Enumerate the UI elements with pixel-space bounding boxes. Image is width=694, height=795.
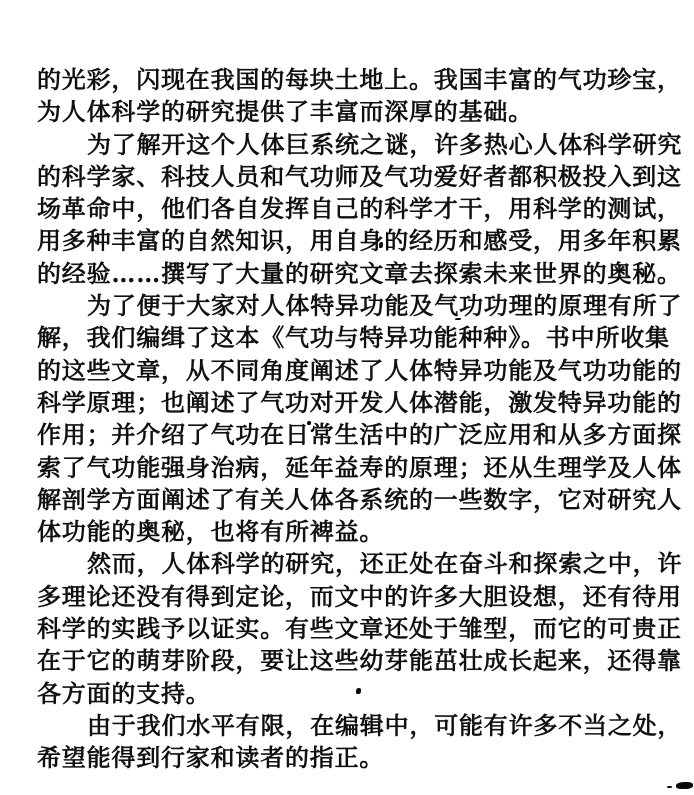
text-line-13: 索了气功能强身治病，延年益寿的原理；还从生理学及人体 <box>37 452 662 484</box>
text-line-4: 的科学家、科技人员和气功师及气功爱好者都积极投入到这 <box>37 161 662 193</box>
text-line-21: 由于我们水平有限，在编辑中，可能有许多不当之处， <box>37 710 662 742</box>
text-line-22: 希望能得到行家和读者的指正。 <box>37 742 662 774</box>
text-line-18: 科学的实践予以证实。有些文章还处于雏型，而它的可贵正 <box>37 613 662 645</box>
ink-speck-right-margin <box>664 396 668 399</box>
ink-speck-line8 <box>455 318 461 320</box>
text-line-12: 作用；并介绍了气功在日常生活中的广泛应用和从多方面探 <box>37 419 662 451</box>
text-line-2: 为人体科学的研究提供了丰富而深厚的基础。 <box>37 96 662 128</box>
text-line-14: 解剖学方面阐述了有关人体各系统的一些数字，它对研究人 <box>37 484 662 516</box>
text-line-9: 解，我们编缉了这本《气功与特异功能种种》。书中所收集 <box>37 322 662 354</box>
text-line-19: 在于它的萌芽阶段，要让这些幼芽能茁壮成长起来，还得靠 <box>37 645 662 677</box>
ink-speck-line6 <box>379 242 383 248</box>
page-text: 的光彩，闪现在我国的每块土地上。我国丰富的气功珍宝，为人体科学的研究提供了丰富而… <box>37 64 662 775</box>
text-line-7: 的经验……撰写了大量的研究文章去探索未来世界的奥秘。 <box>37 258 662 290</box>
text-line-17: 多理论还没有得到定论，而文中的许多大胆设想，还有待用 <box>37 581 662 613</box>
text-line-10: 的这些文章，从不同角度阐述了人体特异功能及气功功能的 <box>37 355 662 387</box>
text-line-5: 场革命中，他们各自发挥自己的科学才干，用科学的测试， <box>37 193 662 225</box>
scanned-page: 的光彩，闪现在我国的每块土地上。我国丰富的气功珍宝，为人体科学的研究提供了丰富而… <box>0 0 694 795</box>
text-line-1: 的光彩，闪现在我国的每块土地上。我国丰富的气功珍宝， <box>37 64 662 96</box>
ink-speck-line19 <box>356 688 361 694</box>
ink-speck-line12 <box>307 421 311 425</box>
text-line-3: 为了解开这个人体巨系统之谜，许多热心人体科学研究 <box>37 129 662 161</box>
ink-dash-bottom-right <box>667 786 672 788</box>
text-line-6: 用多种丰富的自然知识，用自身的经历和感受，用多年积累 <box>37 225 662 257</box>
text-line-16: 然而，人体科学的研究，还正处在奋斗和探索之中，许 <box>37 548 662 580</box>
text-line-11: 科学原理；也阐述了气功对开发人体潜能，激发特异功能的 <box>37 387 662 419</box>
text-line-15: 体功能的奥秘，也将有所裨益。 <box>37 516 662 548</box>
text-line-20: 各方面的支持。 <box>37 678 662 710</box>
ink-smudge-bottom-right <box>676 782 693 789</box>
text-line-8: 为了便于大家对人体特异功能及气功功理的原理有所了 <box>37 290 662 322</box>
